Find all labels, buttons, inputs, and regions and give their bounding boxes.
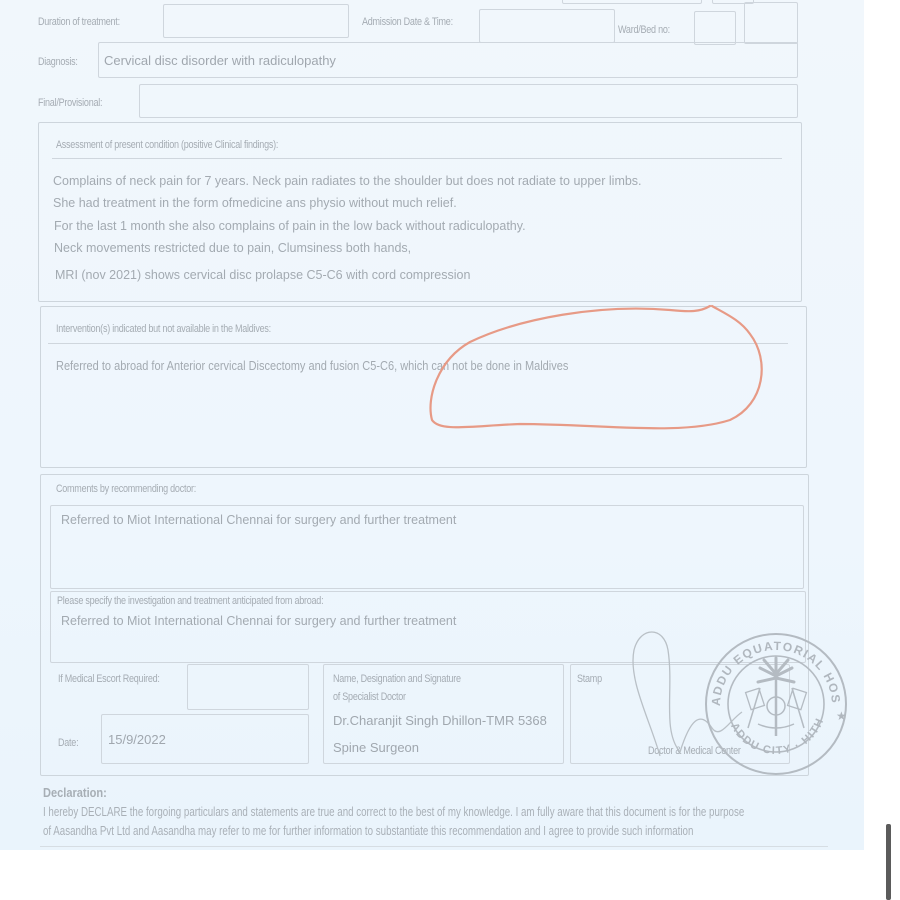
hospital-seal-icon: ADDU EQUATORIAL HOSPITAL ADDU CITY · HIT…	[698, 628, 852, 778]
declaration-line1: I hereby DECLARE the forgoing particular…	[43, 805, 744, 819]
declaration-rule	[40, 846, 828, 847]
scrollbar-thumb[interactable]	[886, 824, 891, 900]
svg-text:★: ★	[836, 709, 847, 723]
declaration-line2: of Aasandha Pvt Ltd and Aasandha may ref…	[43, 824, 693, 838]
scanned-form-page: Duration of treatment: Admission Date & …	[0, 0, 864, 850]
svg-text:ADDU EQUATORIAL HOSPITAL: ADDU EQUATORIAL HOSPITAL	[693, 617, 843, 706]
declaration-title: Declaration:	[43, 785, 107, 800]
seal-top-text: ADDU EQUATORIAL HOSPITAL	[693, 617, 843, 706]
